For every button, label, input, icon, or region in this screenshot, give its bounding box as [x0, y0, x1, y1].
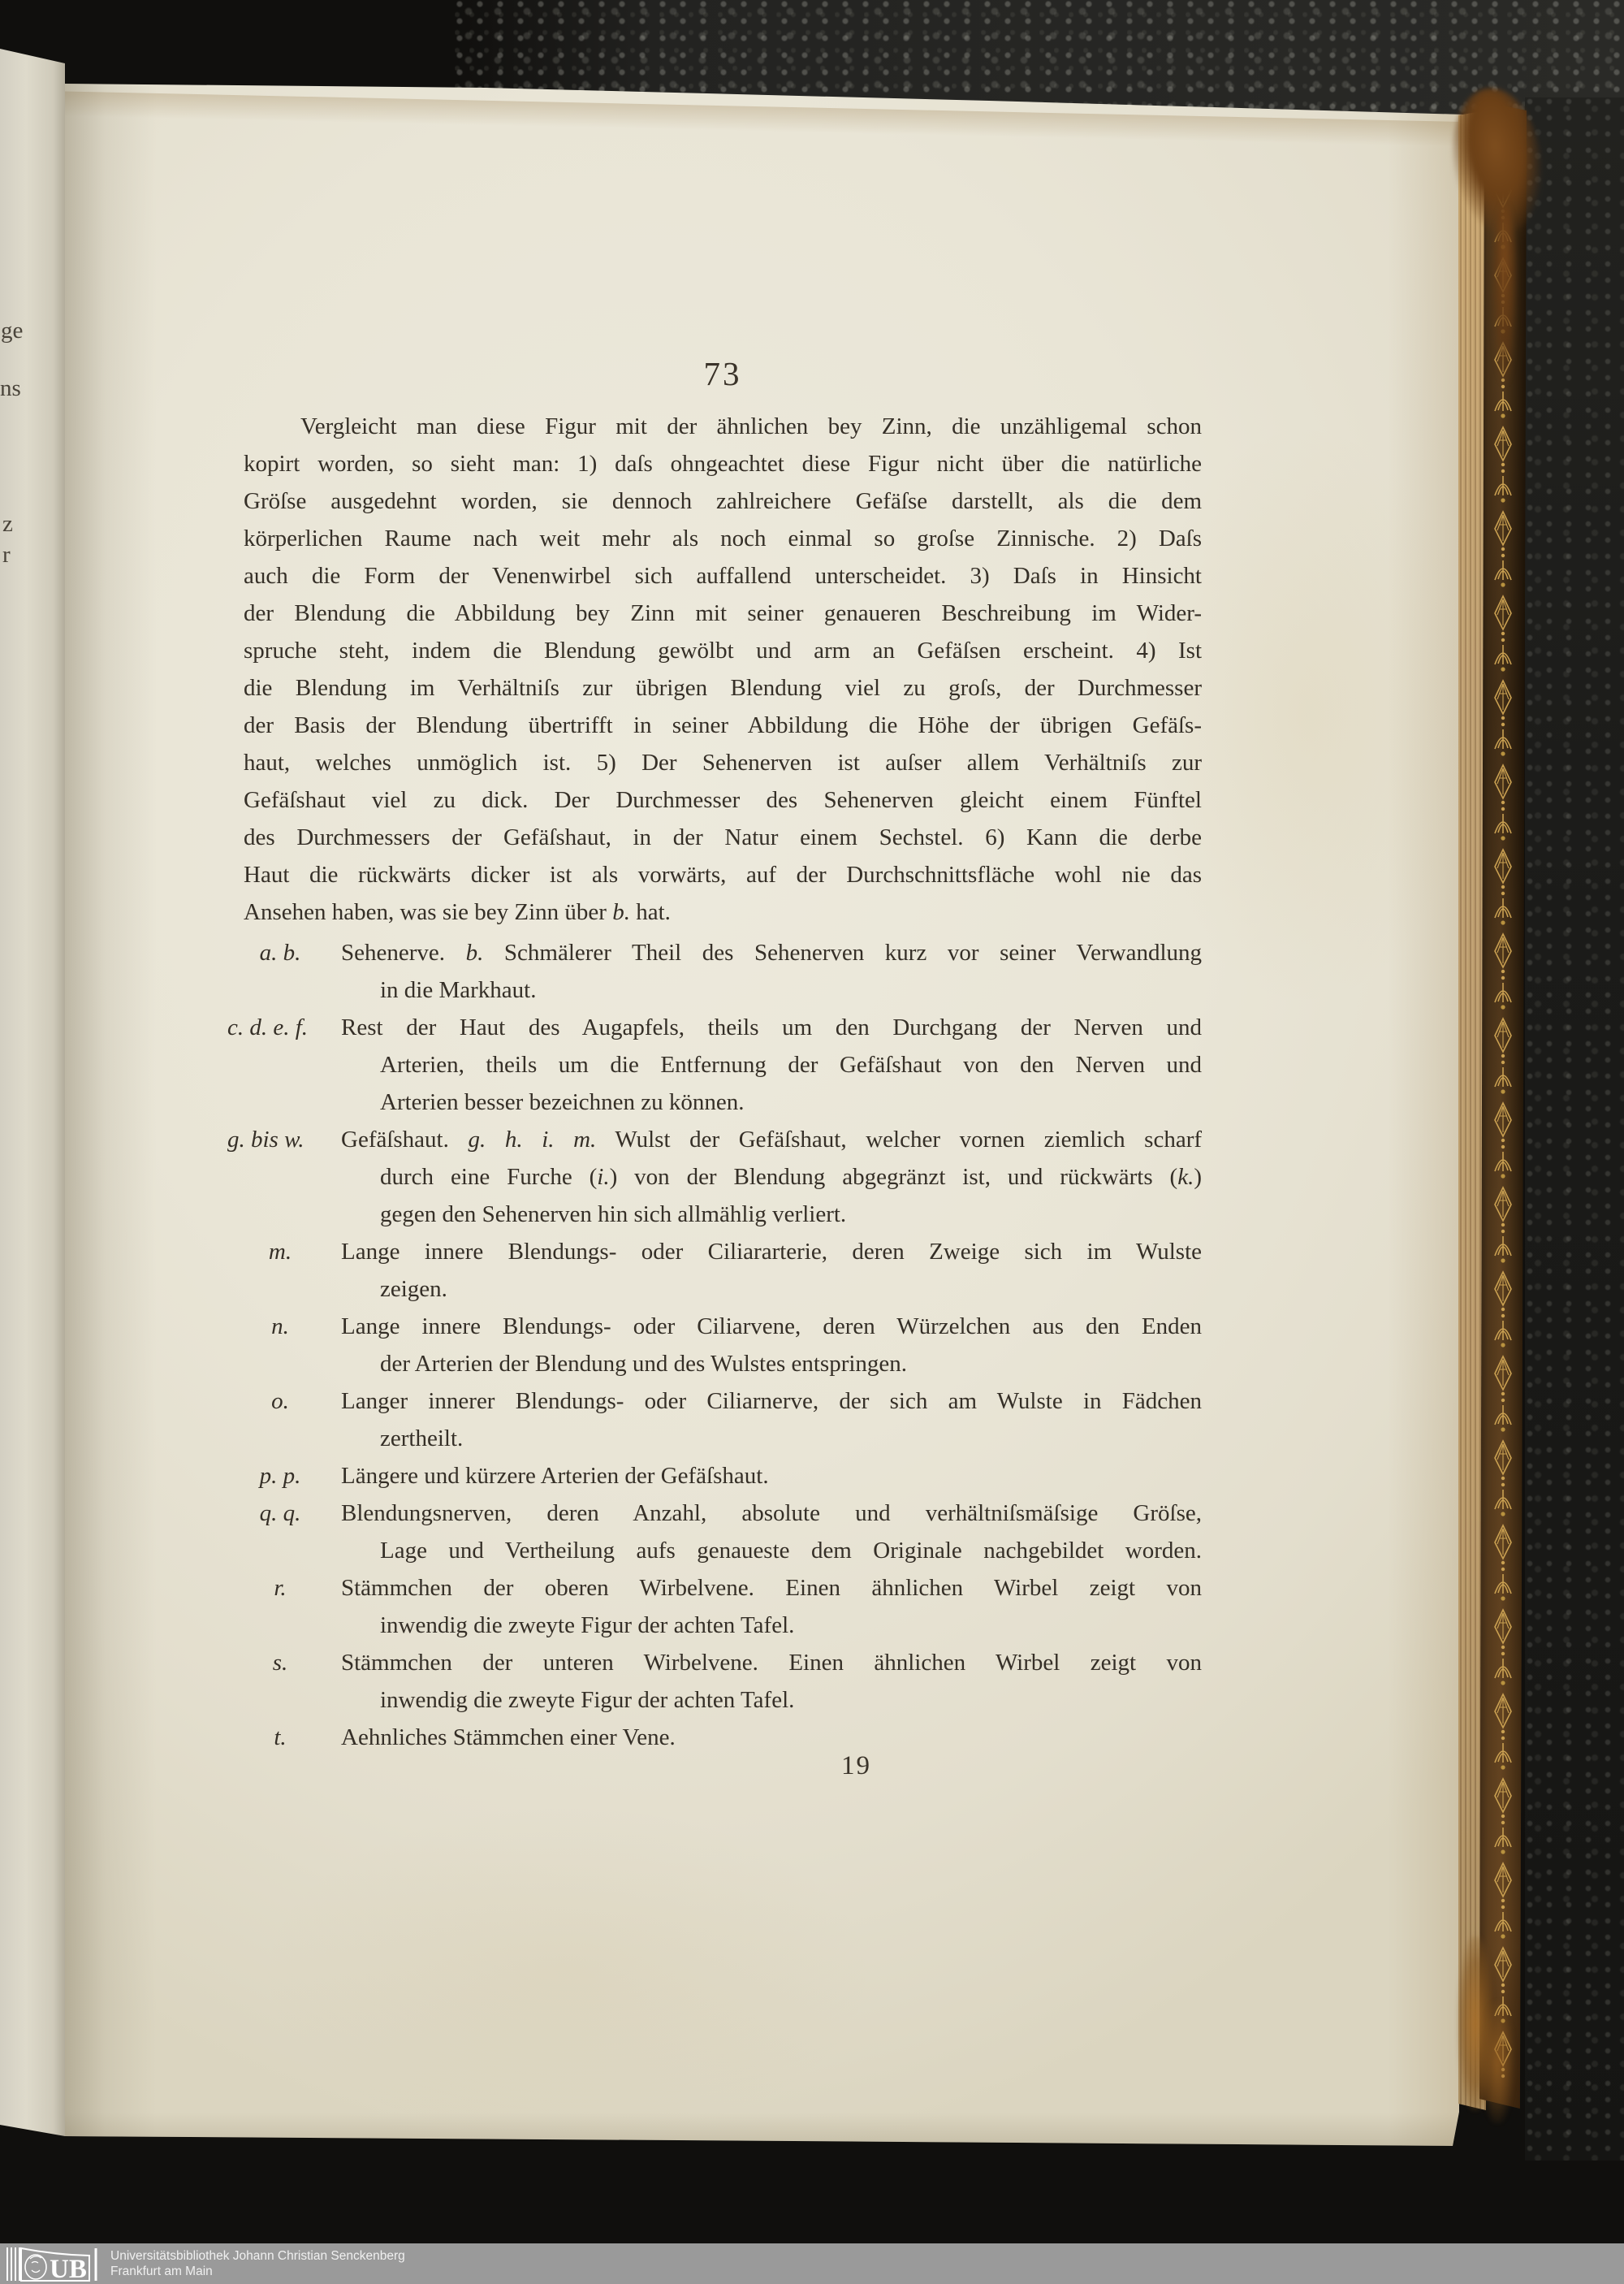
scanner-background-right-band [1525, 97, 1624, 2161]
text-line: Lange innere Blendungs- oder Ciliarvene,… [341, 1308, 1202, 1345]
legend-item: m. Lange innere Blendungs- oder Ciliarar… [341, 1233, 1202, 1308]
text-line: gegen den Sehenerven hin sich allmählig … [341, 1196, 1202, 1233]
legend-item-label: o. [227, 1382, 333, 1420]
text-line: durch eine Furche (i.) von der Blendung … [341, 1158, 1202, 1196]
text-line: Haut die rückwärts dicker ist als vorwär… [244, 856, 1202, 893]
text-line: Aehnliches Stämmchen einer Vene. [341, 1719, 1202, 1756]
facing-page-edge: ge ns z r [0, 41, 65, 2138]
text-line: Lange innere Blendungs- oder Ciliararter… [341, 1233, 1202, 1270]
paper-stain [258, 1803, 875, 2144]
legend-item-label: a. b. [227, 934, 333, 971]
legend-item: r. Stämmchen der oberen Wirbelvene. Eine… [341, 1569, 1202, 1644]
legend-item-label: q. q. [227, 1495, 333, 1532]
signature-mark: 19 [841, 1751, 871, 1781]
text-line: Stämmchen der unteren Wirbelvene. Einen … [341, 1644, 1202, 1681]
text-line: in die Markhaut. [341, 971, 1202, 1009]
legend-item-label: s. [227, 1644, 333, 1681]
text-line: körperlichen Raume nach weit mehr als no… [244, 520, 1202, 557]
legend-item-label: r. [227, 1569, 333, 1607]
text-line: Blendungsnerven, deren Anzahl, absolute … [341, 1495, 1202, 1532]
book-scan: ge ns z r 73 Vergleicht man diese Figur … [0, 0, 1624, 2284]
legend-item-label: t. [227, 1719, 333, 1756]
legend-item-label: n. [227, 1308, 333, 1345]
text-line: zertheilt. [341, 1420, 1202, 1457]
leather-stain [1492, 205, 1517, 383]
binding-gilt-edge [1479, 102, 1527, 2109]
text-line: der Blendung die Abbildung bey Zinn mit … [244, 595, 1202, 632]
text-line: Rest der Haut des Augapfels, theils um d… [341, 1009, 1202, 1046]
text-line: der Basis der Blendung übertrifft in sei… [244, 707, 1202, 744]
text-line: haut, welches unmöglich ist. 5) Der Sehe… [244, 744, 1202, 781]
text-line: inwendig die zweyte Figur der achten Taf… [341, 1607, 1202, 1644]
ub-logo: UB [5, 2245, 99, 2282]
legend-item: s. Stämmchen der unteren Wirbelvene. Ein… [341, 1644, 1202, 1719]
legend-item: c. d. e. f. Rest der Haut des Augapfels,… [341, 1009, 1202, 1121]
legend-item-label: m. [227, 1233, 333, 1270]
legend-list: a. b. Sehenerve. b. Schmälerer Theil des… [341, 934, 1202, 1756]
text-line: Sehenerve. b. Schmälerer Theil des Sehen… [341, 934, 1202, 971]
legend-item: a. b. Sehenerve. b. Schmälerer Theil des… [341, 934, 1202, 1009]
text-line: Gröſse ausgedehnt worden, sie dennoch za… [244, 482, 1202, 520]
text-line: Gefäſshaut viel zu dick. Der Durchmesser… [244, 781, 1202, 819]
text-line: Ansehen haben, was sie bey Zinn über b. … [244, 893, 1202, 931]
text-line: des Durchmessers der Gefäſshaut, in der … [244, 819, 1202, 856]
page-gutter-shadow [63, 81, 157, 2148]
page-right-edge-tint [1388, 81, 1465, 2148]
library-name: Universitätsbibliothek Johann Christian … [110, 2248, 405, 2264]
svg-text:UB: UB [50, 2255, 87, 2282]
legend-item: t. Aehnliches Stämmchen einer Vene. [341, 1719, 1202, 1756]
text-line: Lage und Vertheilung aufs genaueste dem … [341, 1532, 1202, 1569]
gilt-ornament-pattern [1486, 130, 1520, 2079]
page-number: 73 [244, 354, 1202, 393]
text-line: kopirt worden, so sieht man: 1) daſs ohn… [244, 445, 1202, 482]
bleed-text-fragment: r [2, 541, 11, 569]
text-line: Gefäſshaut. g. h. i. m. Wulst der Gefäſs… [341, 1121, 1202, 1158]
text-line: Vergleicht man diese Figur mit der ähnli… [244, 408, 1202, 445]
legend-item: q. q. Blendungsnerven, deren Anzahl, abs… [341, 1495, 1202, 1569]
library-city: Frankfurt am Main [110, 2264, 405, 2279]
legend-item-label: g. bis w. [227, 1121, 333, 1158]
text-line: Stämmchen der oberen Wirbelvene. Einen ä… [341, 1569, 1202, 1607]
leather-stain [1481, 2001, 1514, 2123]
intro-paragraph: Vergleicht man diese Figur mit der ähnli… [244, 408, 1202, 931]
text-line: die Blendung im Verhältniſs zur übrigen … [244, 669, 1202, 707]
legend-item-label: p. p. [227, 1457, 333, 1495]
bleed-text-fragment: ns [0, 374, 21, 402]
text-line: der Arterien der Blendung und des Wulste… [341, 1345, 1202, 1382]
legend-item: o. Langer innerer Blendungs- oder Ciliar… [341, 1382, 1202, 1457]
text-line: inwendig die zweyte Figur der achten Taf… [341, 1681, 1202, 1719]
text-line: auch die Form der Venenwirbel sich auffa… [244, 557, 1202, 595]
legend-item: g. bis w. Gefäſshaut. g. h. i. m. Wulst … [341, 1121, 1202, 1233]
text-line: zeigen. [341, 1270, 1202, 1308]
text-line: Arterien, theils um die Entfernung der G… [341, 1046, 1202, 1084]
text-line: Arterien besser bezeichnen zu können. [341, 1084, 1202, 1121]
library-watermark-text: Universitätsbibliothek Johann Christian … [110, 2248, 405, 2279]
text-line: Langer innerer Blendungs- oder Ciliarner… [341, 1382, 1202, 1420]
bleed-text-fragment: z [2, 510, 13, 538]
legend-item: n. Lange innere Blendungs- oder Ciliarve… [341, 1308, 1202, 1382]
book-page: 73 Vergleicht man diese Figur mit der äh… [63, 81, 1465, 2148]
text-line: Längere und kürzere Arterien der Gefäſsh… [341, 1457, 1202, 1495]
text-line: spruche steht, indem die Blendung gewölb… [244, 632, 1202, 669]
library-watermark-bar: UB Universitätsbibliothek Johann Christi… [0, 2243, 1624, 2284]
legend-item-label: c. d. e. f. [227, 1009, 333, 1046]
legend-item: p. p. Längere und kürzere Arterien der G… [341, 1457, 1202, 1495]
bleed-text-fragment: ge [1, 317, 23, 344]
